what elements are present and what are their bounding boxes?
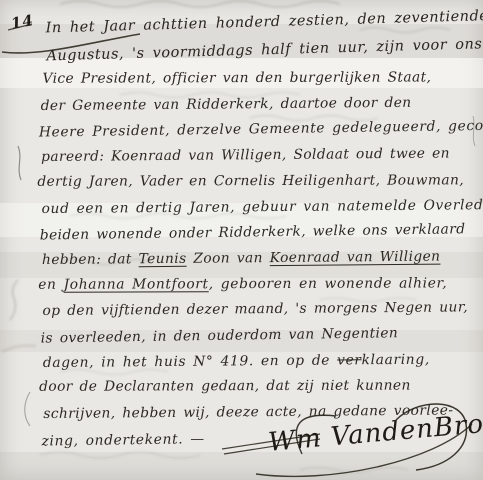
- text-line: pareerd: Koenraad van Willigen, Soldaat …: [41, 141, 483, 171]
- text-line: en Johanna Montfoort, gebooren en wonend…: [38, 271, 483, 298]
- text-line: hebben: dat Teunis Zoon van Koenraad van…: [42, 244, 483, 274]
- paper-band: [0, 452, 483, 480]
- text-line: door de Declaranten gedaan, dat zij niet…: [39, 374, 483, 401]
- text-line: dertig Jaren, Vader en Cornelis Heiligen…: [37, 168, 483, 195]
- body-paragraph: Vice President, officier van den burgerl…: [36, 64, 483, 454]
- act-number: 14: [10, 11, 36, 33]
- document-page: 14 In het Jaar achttien honderd zestien,…: [0, 0, 483, 480]
- text-line: Vice President, officier van den burgerl…: [42, 65, 483, 92]
- opening-paragraph: In het Jaar achttien honderd zestien, de…: [45, 2, 483, 71]
